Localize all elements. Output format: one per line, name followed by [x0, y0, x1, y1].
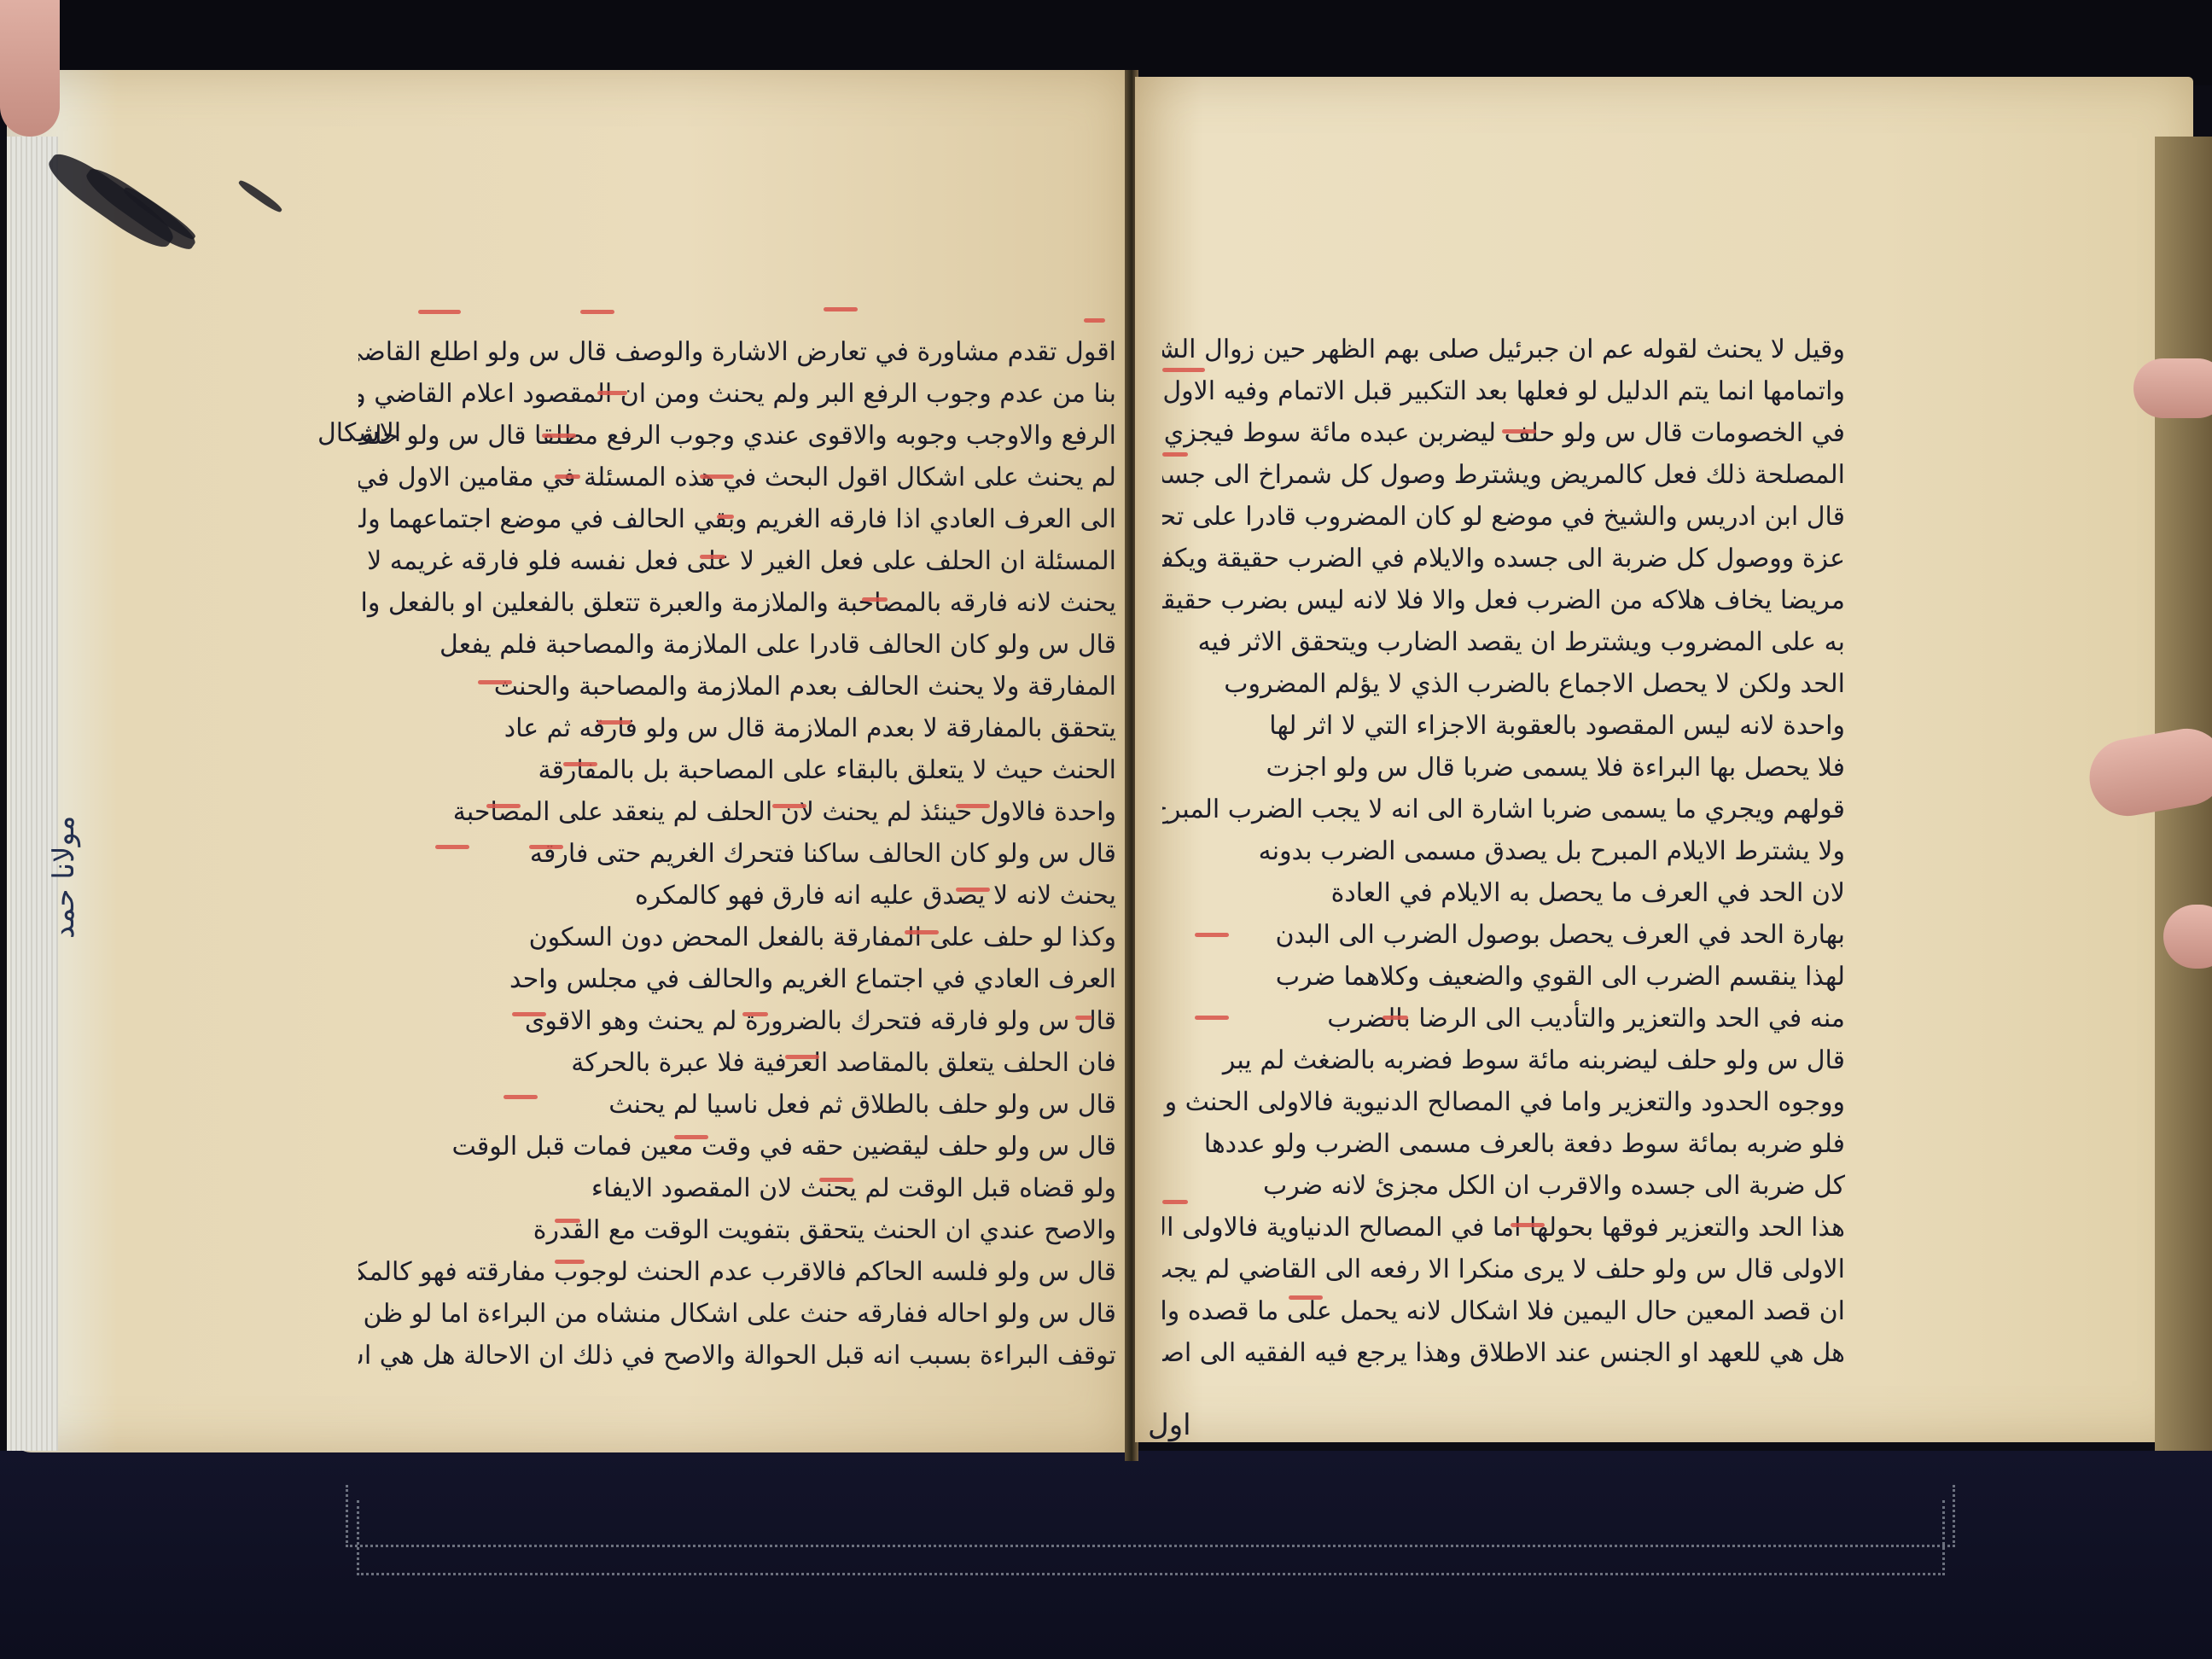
text-line: قال س ولو حلف بالطلاق ثم فعل ناسيا لم يح…: [358, 1084, 1116, 1126]
dark-cloth-mat: [0, 1451, 2212, 1659]
text-line: لم يحنث على اشكال اقول البحث في هذه المس…: [358, 457, 1116, 498]
text-line: يتحقق بالمفارقة لا بعدم الملازمة قال س و…: [358, 707, 1116, 749]
text-line: ووجوه الحدود والتعزير واما في المصالح ال…: [1162, 1081, 1845, 1123]
rubric-mark: [504, 1095, 538, 1099]
rubric-mark: [418, 310, 461, 314]
text-line: فلا يحصل بها البراءة فلا يسمى ضربا قال س…: [1162, 747, 1845, 789]
catchword: اول: [1148, 1408, 1191, 1442]
text-line: قال س ولو حلف ليضربنه مائة سوط فضربه بال…: [1162, 1039, 1845, 1081]
rubric-mark: [1195, 933, 1229, 937]
rubric-mark: [1075, 1016, 1092, 1020]
rubric-mark: [529, 845, 563, 849]
finger-right-upper: [2133, 358, 2212, 418]
left-page-text: اقول تقدم مشاورة في تعارض الاشارة والوصف…: [358, 331, 1116, 1377]
text-line: توقف البراءة بسبب انه قبل الحوالة والاصح…: [358, 1335, 1116, 1377]
text-line: كل ضربة الى جسده والاقرب ان الكل مجزئ لا…: [1162, 1165, 1845, 1207]
text-line: اقول تقدم مشاورة في تعارض الاشارة والوصف…: [358, 331, 1116, 373]
rubric-mark: [1084, 318, 1105, 323]
rubric-mark: [597, 391, 627, 395]
rubric-mark: [742, 1012, 768, 1016]
text-line: فان الحلف يتعلق بالمقاصد العرفية فلا عبر…: [358, 1042, 1116, 1084]
rubric-mark: [700, 555, 725, 559]
rubric-mark: [905, 930, 939, 934]
rubric-mark: [1162, 452, 1188, 457]
text-line: ان قصد المعين حال اليمين فلا اشكال لانه …: [1162, 1290, 1845, 1332]
rubric-mark: [956, 888, 990, 892]
rubric-mark: [717, 515, 734, 519]
text-line: قال س ولو كان الحالف ساكنا فتحرك الغريم …: [358, 833, 1116, 875]
right-page-text: وقيل لا يحنث لقوله عم ان جبرئيل صلى بهم …: [1162, 329, 1845, 1374]
rubric-mark: [555, 1219, 580, 1223]
text-line: الى العرف العادي اذا فارقه الغريم وبقي ا…: [358, 498, 1116, 540]
text-line: المسئلة ان الحلف على فعل الغير لا على فع…: [358, 540, 1116, 582]
text-line: الحد ولكن لا يحصل الاجماع بالضرب الذي لا…: [1162, 663, 1845, 705]
text-line: المصلحة ذلك فعل كالمريض ويشترط وصول كل ش…: [1162, 454, 1845, 496]
text-line: واتمامها انما يتم الدليل لو فعلها بعد ال…: [1162, 370, 1845, 412]
finger-left: [0, 0, 60, 137]
spine-annotation: مولانا حمد: [47, 816, 81, 939]
rubric-mark: [435, 845, 469, 849]
rubric-mark: [862, 597, 888, 602]
text-line: قال ابن ادريس والشيخ في موضع لو كان المض…: [1162, 496, 1845, 538]
rubric-mark: [674, 1135, 708, 1139]
text-line: قال س ولو احاله ففارقه حنث على اشكال منش…: [358, 1293, 1116, 1335]
text-line: هل هي للعهد او الجنس عند الاطلاق وهذا ير…: [1162, 1332, 1845, 1374]
rubric-mark: [478, 680, 512, 684]
text-line: واحدة لانه ليس المقصود بالعقوبة الاجزاء …: [1162, 705, 1845, 747]
text-line: هذا الحد والتعزير فوقها بحولها اما في ال…: [1162, 1207, 1845, 1249]
rubric-mark: [956, 804, 990, 808]
rubric-mark: [1289, 1295, 1323, 1300]
text-line: ولا يشترط الايلام المبرح بل يصدق مسمى ال…: [1162, 830, 1845, 872]
rubric-mark: [1195, 1016, 1229, 1020]
rubric-mark: [819, 1178, 853, 1182]
text-line: وقيل لا يحنث لقوله عم ان جبرئيل صلى بهم …: [1162, 329, 1845, 370]
rubric-mark: [555, 1260, 585, 1264]
text-line: الاولى قال س ولو حلف لا يرى منكرا الا رف…: [1162, 1249, 1845, 1290]
text-line: الحنث حيث لا يتعلق بالبقاء على المصاحبة …: [358, 749, 1116, 791]
rubric-mark: [1382, 1016, 1408, 1020]
rubric-mark: [772, 804, 806, 808]
text-line: قال س ولو فلسه الحاكم فالاقرب عدم الحنث …: [358, 1251, 1116, 1293]
text-line: قولهم ويجري ما يسمى ضربا اشارة الى انه ل…: [1162, 789, 1845, 830]
text-line: بنا من عدم وجوب الرفع البر ولم يحنث ومن …: [358, 373, 1116, 415]
rubric-mark: [785, 1055, 819, 1059]
rubric-mark: [1502, 429, 1536, 434]
stitched-border-inner: [357, 1500, 1945, 1575]
text-line: المفارقة ولا يحنث الحالف بعدم الملازمة و…: [358, 666, 1116, 707]
text-line: قال س ولو كان الحالف قادرا على الملازمة …: [358, 624, 1116, 666]
text-line: والاصح عندي ان الحنث يتحقق بتفويت الوقت …: [358, 1209, 1116, 1251]
text-line: منه في الحد والتعزير والتأديب الى الرضا …: [1162, 998, 1845, 1039]
rubric-mark: [563, 762, 597, 766]
text-line: لان الحد في العرف ما يحصل به الايلام في …: [1162, 872, 1845, 914]
rubric-mark: [597, 720, 632, 725]
rubric-mark: [580, 310, 614, 314]
text-line: بهارة الحد في العرف يحصل بوصول الضرب الى…: [1162, 914, 1845, 956]
text-line: به على المضروب ويشترط ان يقصد الضارب ويت…: [1162, 621, 1845, 663]
left-page-fore-edge: [7, 137, 58, 1451]
rubric-mark: [824, 307, 858, 311]
text-line: يحنث لانه فارقه بالمصاحبة والملازمة والع…: [358, 582, 1116, 624]
text-line: واحدة فالاول حينئذ لم يحنث لان الحلف لم …: [358, 791, 1116, 833]
rubric-mark: [700, 474, 734, 479]
text-line: قال س ولو حلف ليقضين حقه في وقت معين فما…: [358, 1126, 1116, 1167]
rubric-mark: [486, 804, 521, 808]
rubric-mark: [1162, 1200, 1188, 1204]
rubric-mark: [542, 434, 576, 438]
text-line: وكذا لو حلف على المفارقة بالفعل المحض دو…: [358, 917, 1116, 958]
text-line: عزة ووصول كل ضربة الى جسده والايلام في ا…: [1162, 538, 1845, 579]
rubric-mark: [555, 474, 580, 479]
text-line: فلو ضربه بمائة سوط دفعة بالعرف مسمى الضر…: [1162, 1123, 1845, 1165]
rubric-mark: [512, 1012, 546, 1016]
text-line: قال س ولو فارقه فتحرك بالضرورة لم يحنث و…: [358, 1000, 1116, 1042]
text-line: مريضا يخاف هلاكه من الضرب فعل والا فلا ل…: [1162, 579, 1845, 621]
text-line: لهذا ينقسم الضرب الى القوي والضعيف وكلاه…: [1162, 956, 1845, 998]
text-line: العرف العادي في اجتماع الغريم والحالف في…: [358, 958, 1116, 1000]
text-line: يحنث لانه لا يصدق عليه انه فارق فهو كالم…: [358, 875, 1116, 917]
rubric-mark: [1511, 1223, 1545, 1227]
text-line: الرفع والاوجب وجوبه والاقوى عندي وجوب ال…: [358, 415, 1116, 457]
text-line: ولو قضاه قبل الوقت لم يحنث لان المقصود ا…: [358, 1167, 1116, 1209]
rubric-mark: [1162, 368, 1205, 372]
